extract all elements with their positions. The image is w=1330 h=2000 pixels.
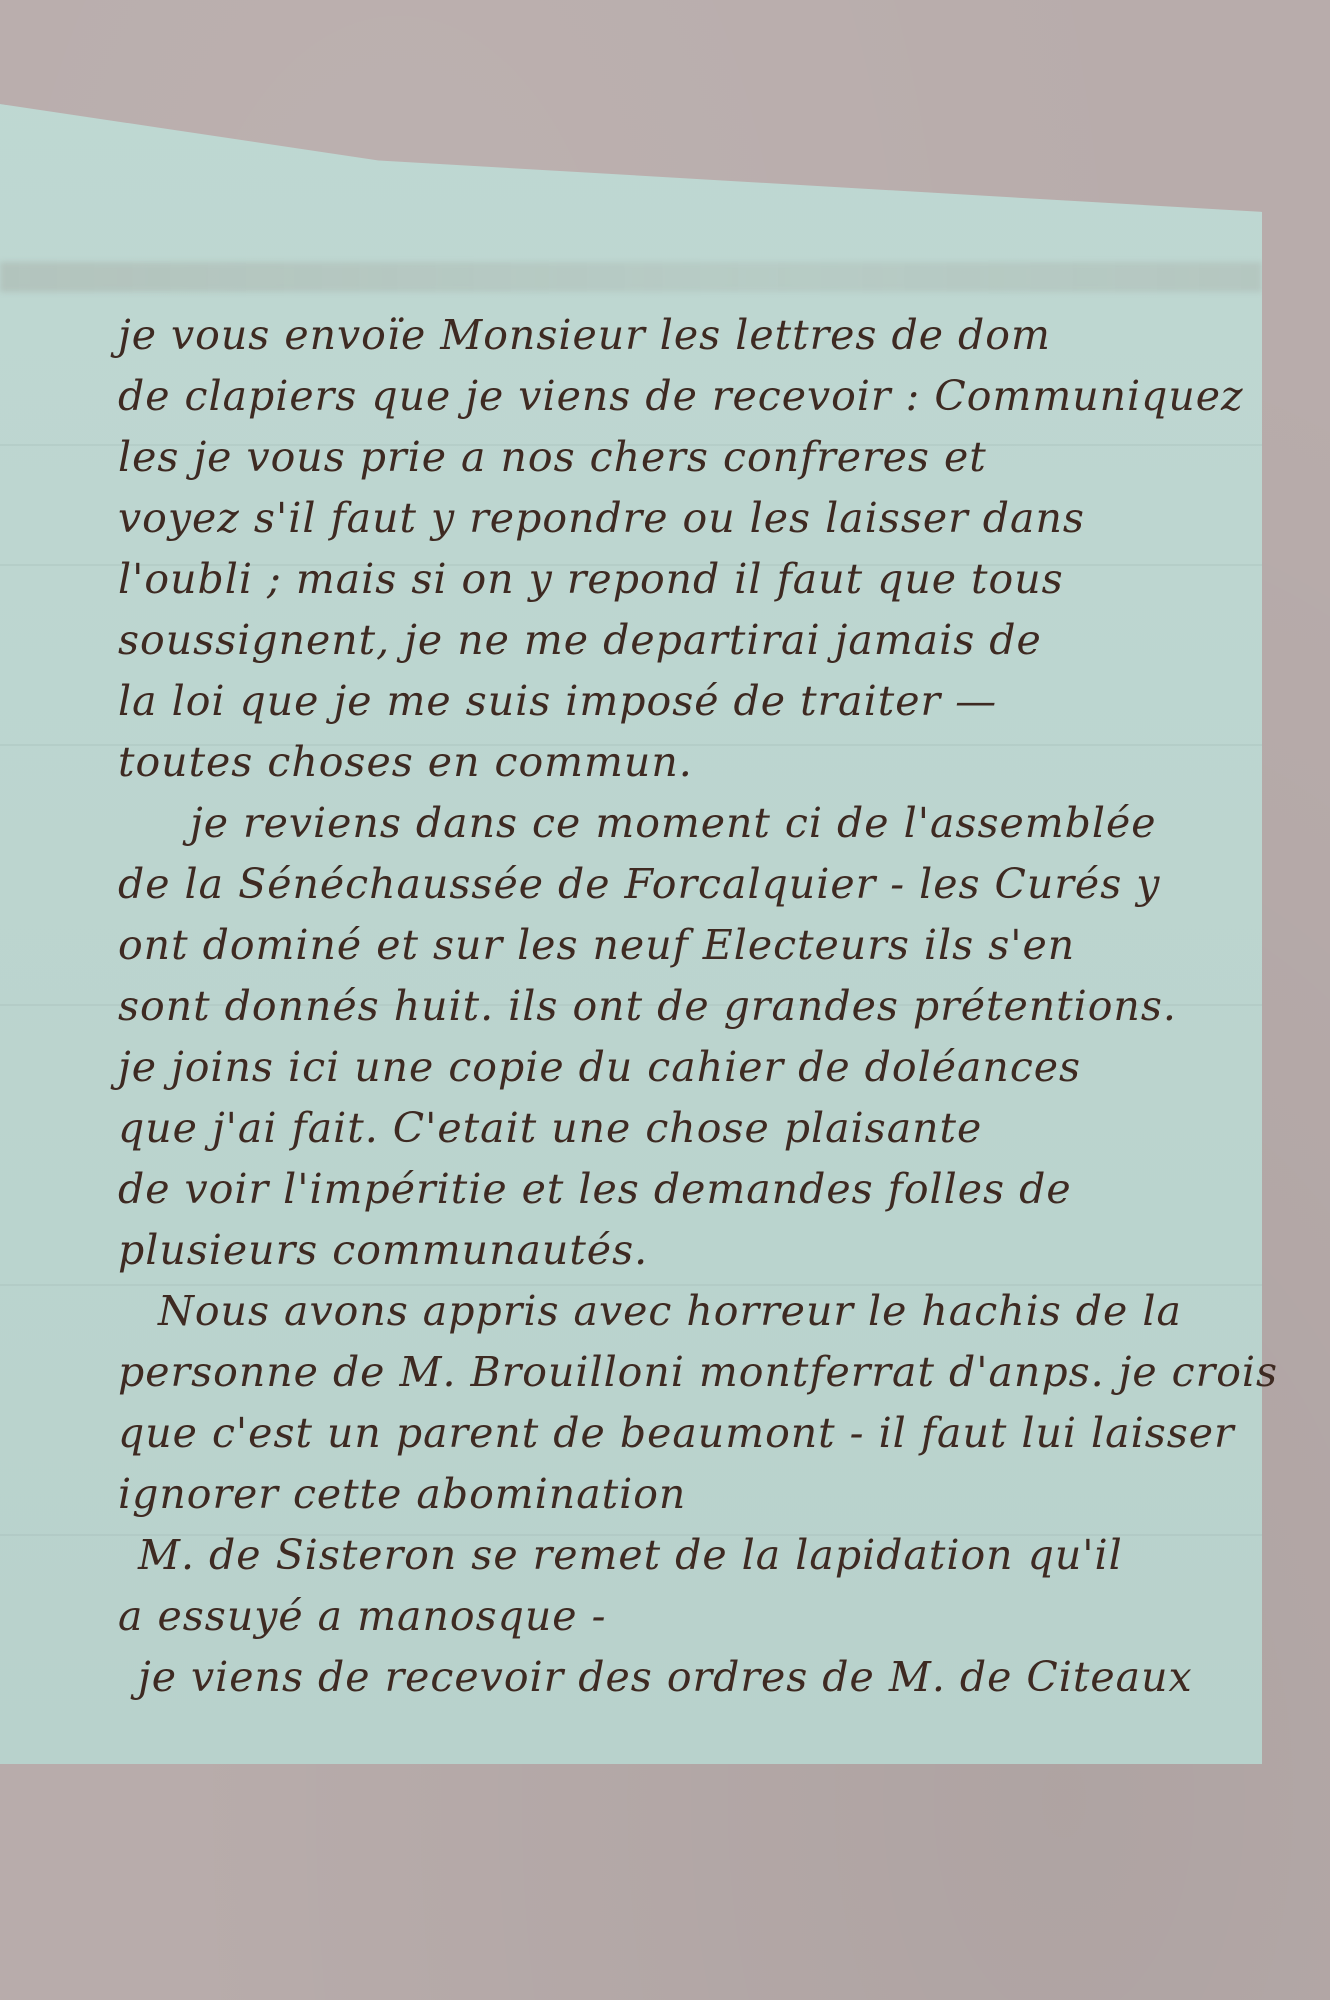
text-line: ont dominé et sur les neuf Electeurs ils…	[118, 915, 1248, 976]
text-line: je vous envoïe Monsieur les lettres de d…	[118, 305, 1248, 366]
text-line: a essuyé a manosque -	[118, 1586, 1248, 1647]
paragraph-start-line: M. de Sisteron se remet de la lapidation…	[118, 1525, 1248, 1586]
text-line: ignorer cette abomination	[118, 1464, 1248, 1525]
letter-text: je vous envoïe Monsieur les lettres de d…	[118, 305, 1248, 1708]
paragraph-start-line: Nous avons appris avec horreur le hachis…	[118, 1281, 1248, 1342]
text-line: personne de M. Brouilloni montferrat d'a…	[118, 1342, 1248, 1403]
text-line: toutes choses en commun.	[118, 732, 1248, 793]
text-line: soussignent, je ne me departirai jamais …	[118, 610, 1248, 671]
text-line: sont donnés huit. ils ont de grandes pré…	[118, 976, 1248, 1037]
text-line: voyez s'il faut y repondre ou les laisse…	[118, 488, 1248, 549]
text-line: les je vous prie a nos chers confreres e…	[118, 427, 1248, 488]
text-line: de la Sénéchaussée de Forcalquier - les …	[118, 854, 1248, 915]
text-line: que j'ai fait. C'etait une chose plaisan…	[118, 1098, 1248, 1159]
paragraph-start-line: je viens de recevoir des ordres de M. de…	[118, 1647, 1248, 1708]
ink-bleed-through	[0, 262, 1262, 292]
text-line: la loi que je me suis imposé de traiter …	[118, 671, 1248, 732]
text-line: de voir l'impéritie et les demandes foll…	[118, 1159, 1248, 1220]
text-line: l'oubli ; mais si on y repond il faut qu…	[118, 549, 1248, 610]
text-line: que c'est un parent de beaumont - il fau…	[118, 1403, 1248, 1464]
text-line: plusieurs communautés.	[118, 1220, 1248, 1281]
paragraph-start-line: je reviens dans ce moment ci de l'assemb…	[118, 793, 1248, 854]
text-line: je joins ici une copie du cahier de dolé…	[118, 1037, 1248, 1098]
text-line: de clapiers que je viens de recevoir : C…	[118, 366, 1248, 427]
